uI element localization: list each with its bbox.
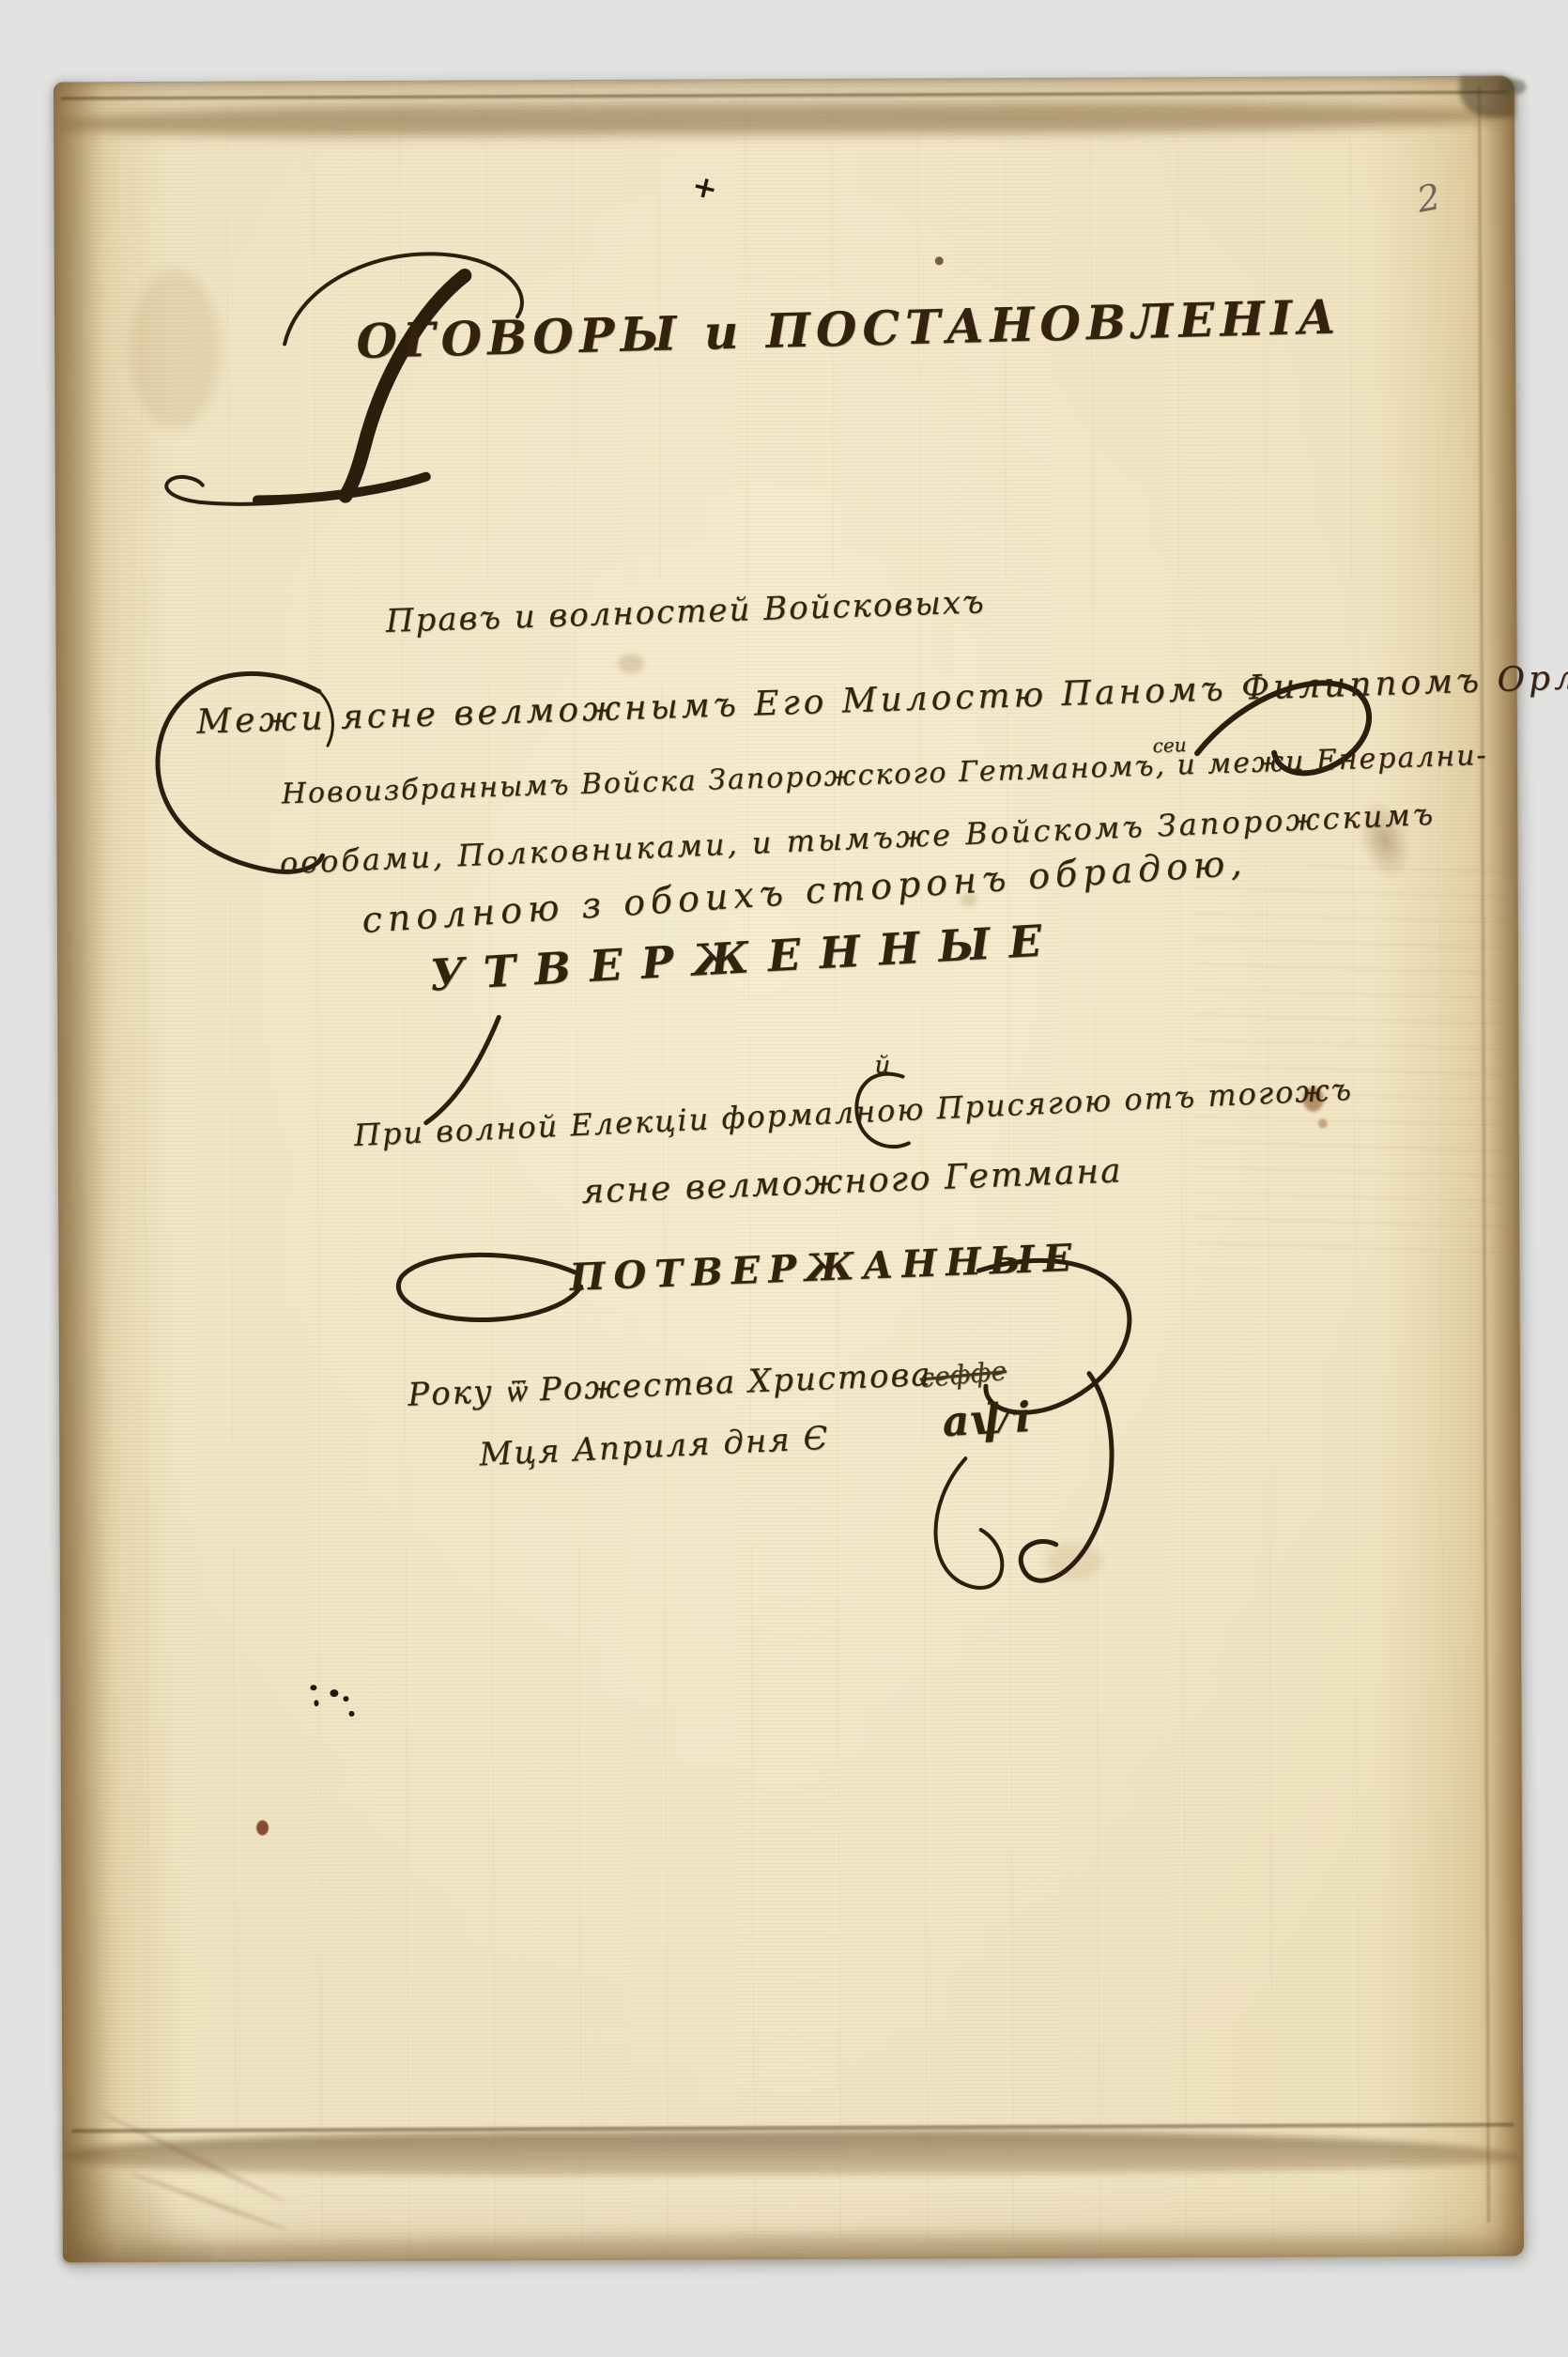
ink-bleed-through	[1195, 865, 1507, 1270]
stain	[130, 270, 221, 429]
ink-speck	[310, 1685, 316, 1690]
wrinkle-line	[129, 2171, 289, 2232]
ink-speck	[343, 1696, 348, 1702]
left-oval-flourish	[387, 1244, 584, 1330]
top-right-cover-fragment	[1499, 80, 1526, 95]
ink-speck	[349, 1711, 355, 1717]
stain	[935, 256, 944, 265]
bottom-left-fold	[62, 2127, 213, 2263]
page-number: 2	[1414, 176, 1444, 221]
ink-speck	[314, 1700, 318, 1706]
right-edge-shadow	[1486, 76, 1524, 2257]
invocation-cross-mark: +	[688, 167, 721, 208]
right-crease	[1478, 85, 1490, 2223]
year-cyrillic-numerals: аѱі	[941, 1394, 1032, 1446]
conjunction-line: й	[874, 1052, 890, 1080]
top-edge-line	[61, 91, 1507, 100]
subtitle-line: Правъ и волностей Войсковыхъ	[385, 583, 986, 640]
top-stain-band	[57, 101, 1511, 138]
top-right-cover-fragment	[1460, 76, 1514, 117]
body-line: ясне велможного Гетмана	[581, 1151, 1124, 1211]
body-line: При волной Елекціи формалною Присягою от…	[353, 1071, 1354, 1153]
stain	[1046, 1543, 1102, 1580]
date-line: Мця Априля дня Є	[478, 1420, 830, 1474]
bottom-stain-band-2	[119, 2234, 1509, 2264]
rust-spot	[1318, 1118, 1328, 1128]
left-binding-shadow	[54, 82, 112, 2262]
wrinkle-line	[99, 2110, 286, 2203]
body-line: Новоизбраннымъ Войска Запорожского Гетма…	[281, 739, 1488, 810]
ink-speck	[330, 1689, 338, 1697]
struck-out-word: сеффе	[918, 1355, 1007, 1394]
emphasis-line: ПОТВЕРЖАННЫЕ	[569, 1236, 1081, 1300]
bottom-edge-line	[71, 2123, 1514, 2134]
bottom-stain-band	[64, 2129, 1521, 2179]
manuscript-sheet: 2 + ОГОВОРЫ и ПОСТАНОВЛЕНІА Правъ и волн…	[54, 76, 1524, 2263]
body-line: Межи ясне велможнымъ Его Милостю Паномъ …	[196, 655, 1568, 742]
date-line: Року ѿ Рожества Христова	[407, 1356, 933, 1414]
ink-speck	[256, 1820, 269, 1835]
stain	[618, 655, 644, 673]
title-line: ОГОВОРЫ и ПОСТАНОВЛЕНІА	[356, 288, 1343, 369]
